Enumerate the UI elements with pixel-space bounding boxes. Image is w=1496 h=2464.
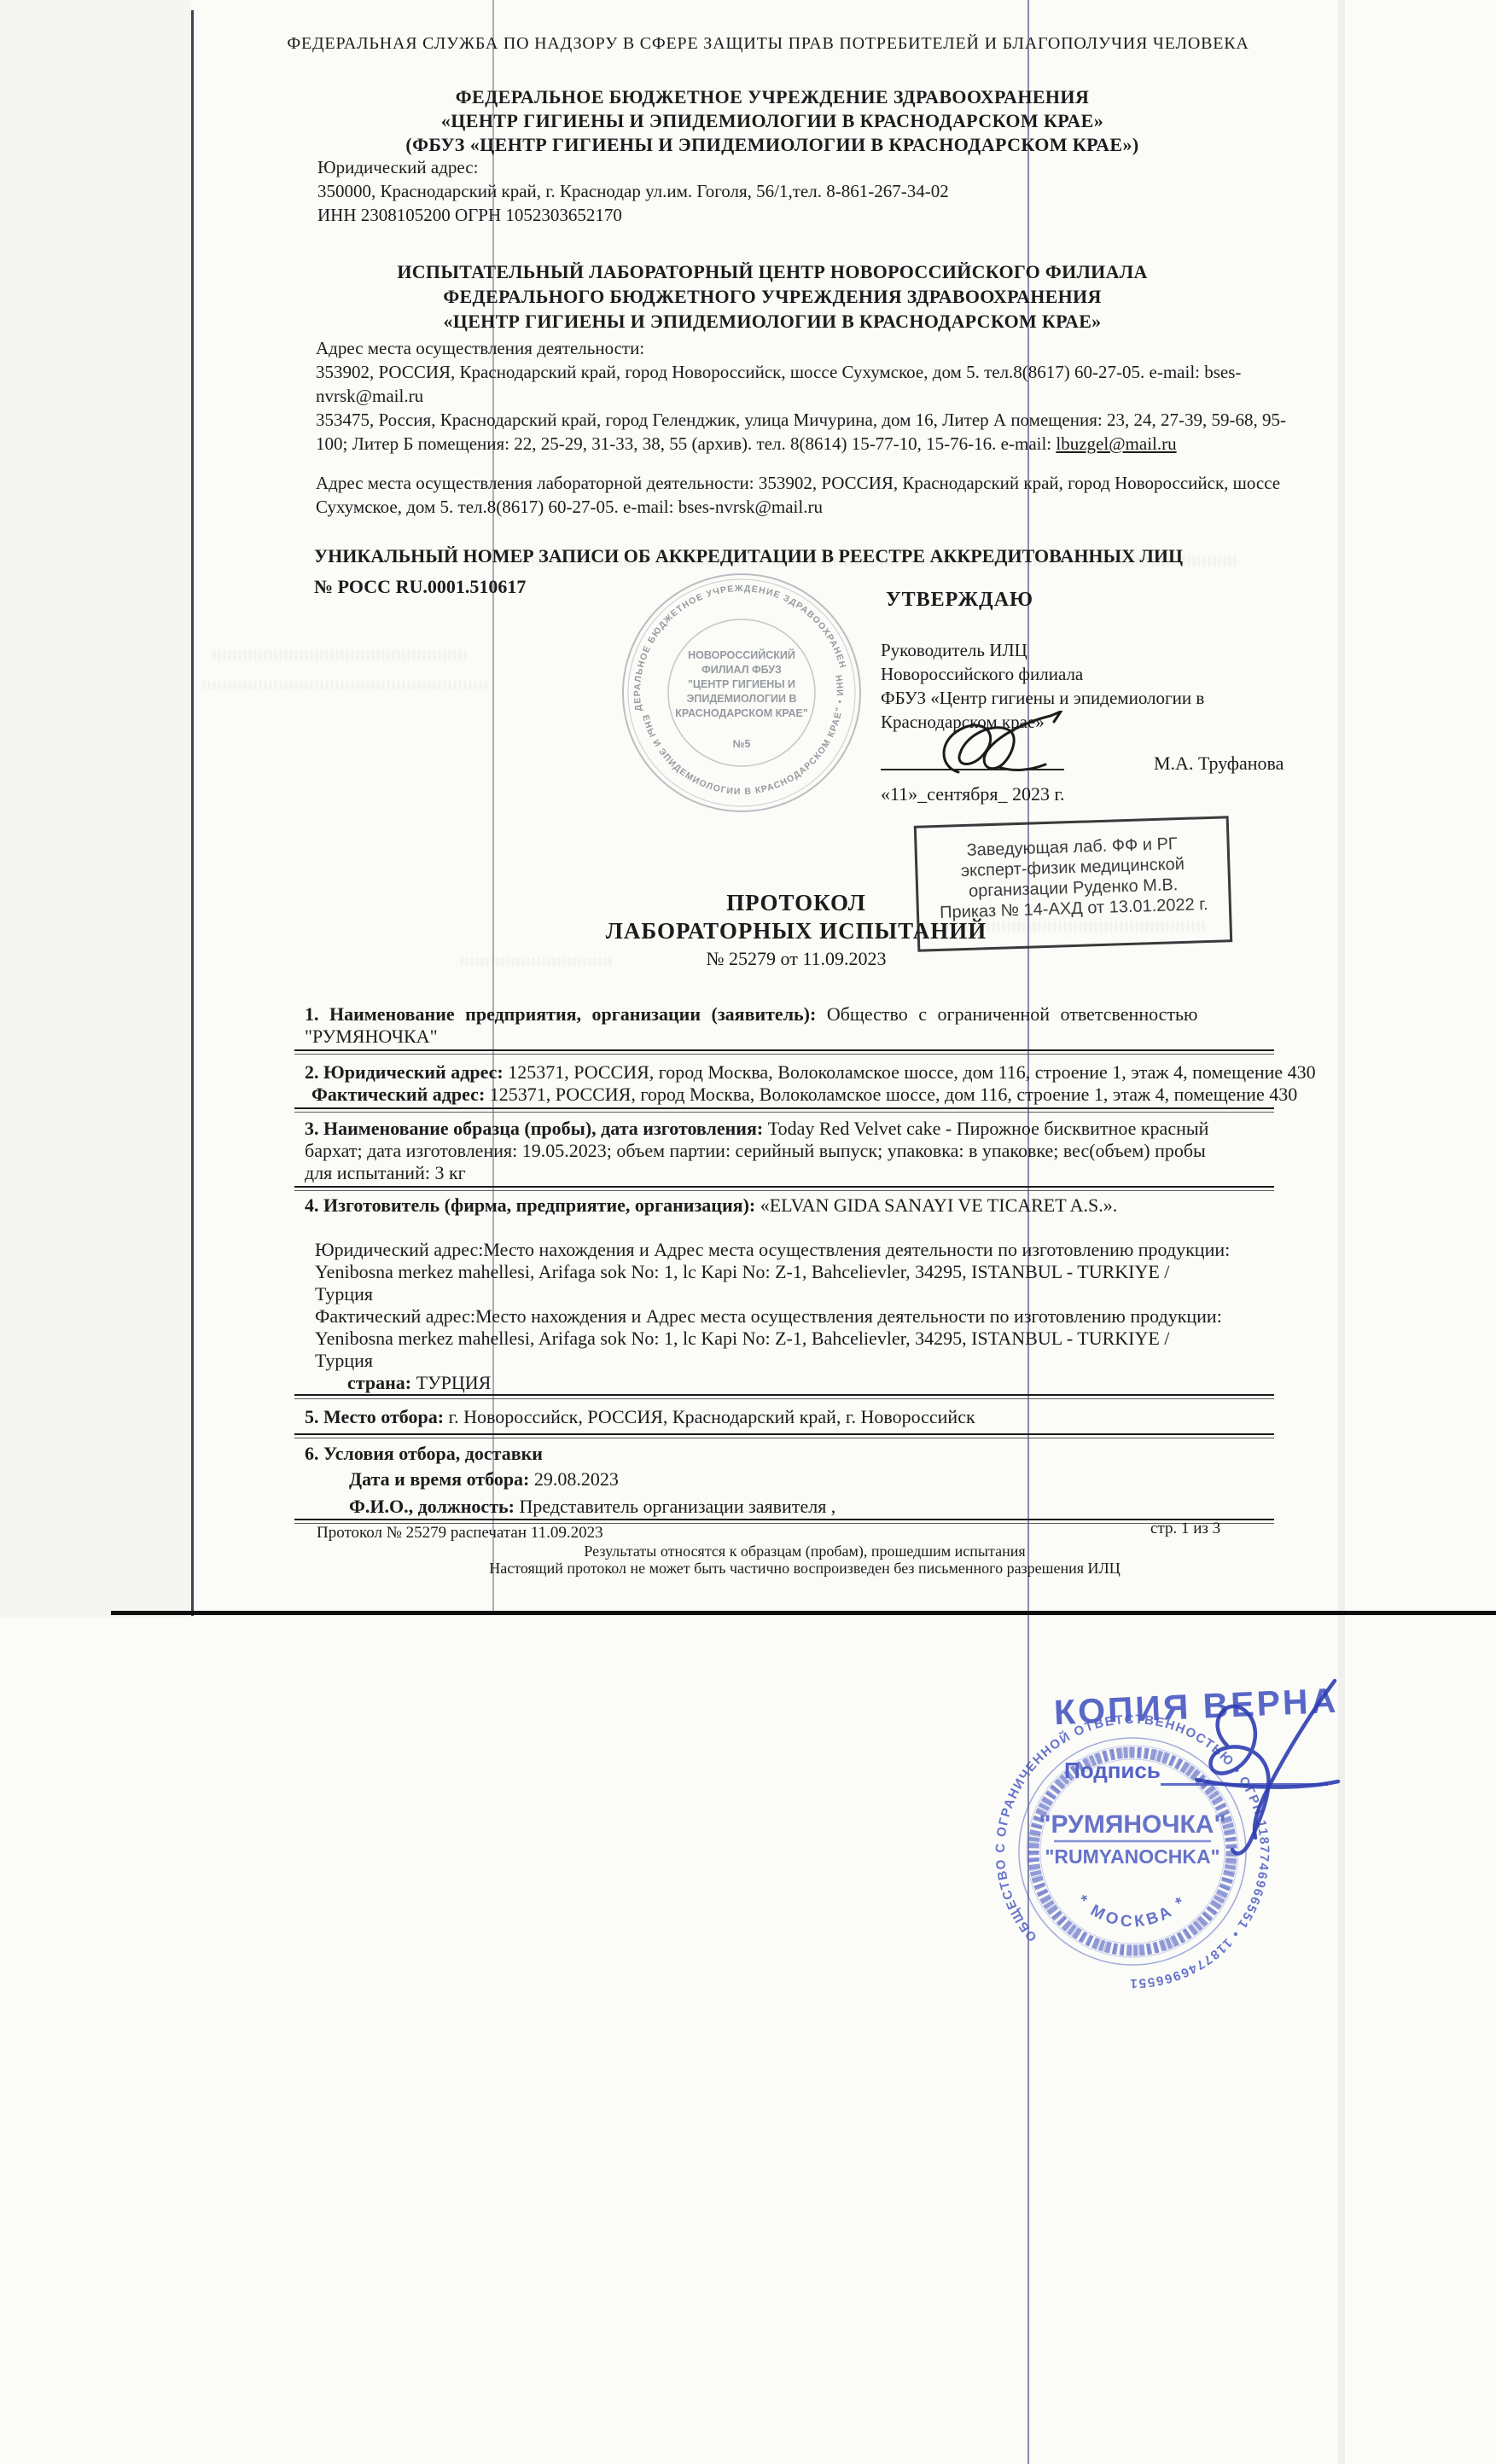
item-line: "РУМЯНОЧКА" [305, 1026, 1282, 1048]
item-value: Общество с ограниченной ответсвенностью [816, 1003, 1197, 1025]
item-value: бархат; дата изготовления: 19.05.2023; о… [305, 1140, 1206, 1161]
item-value: Представитель организации заявителя , [515, 1496, 835, 1517]
official-round-stamp: ФЕДЕРАЛЬНОЕ БЮДЖЕТНОЕ УЧРЕЖДЕНИЕ ЗДРАВОО… [619, 570, 866, 817]
item-value: «ELVAN GIDA SANAYI VE TICARET A.S.». [755, 1194, 1117, 1216]
legal-address: 350000, Краснодарский край, г. Краснодар… [317, 179, 949, 203]
protocol-number: № 25279 от 11.09.2023 [540, 948, 1052, 970]
item-value: Фактический адрес:Место нахождения и Адр… [315, 1305, 1222, 1327]
item-line: Yenibosna merkez mahellesi, Arifaga sok … [305, 1328, 1282, 1350]
org-name-line-2: «ЦЕНТР ГИГИЕНЫ И ЭПИДЕМИОЛОГИИ В КРАСНОД… [205, 109, 1340, 133]
activity-address-block: Адрес места осуществления деятельности: … [316, 336, 1286, 456]
item-line: Фактический адрес: 125371, РОССИЯ, город… [305, 1084, 1282, 1106]
item-label: 5. Место отбора: [305, 1406, 444, 1427]
page-number: стр. 1 из 3 [1150, 1520, 1220, 1538]
item-value: Турция [315, 1350, 373, 1371]
item-value: Today Red Velvet cake - Пирожное бисквит… [763, 1118, 1208, 1139]
accreditation-line-1: УНИКАЛЬНЫЙ НОМЕР ЗАПИСИ ОБ АККРЕДИТАЦИИ … [314, 541, 1183, 572]
stamp-number: №5 [733, 738, 751, 750]
lab-center-line-3: «ЦЕНТР ГИГИЕНЫ И ЭПИДЕМИОЛОГИИ В КРАСНОД… [205, 309, 1340, 334]
item-line: 5. Место отбора: г. Новороссийск, РОССИЯ… [305, 1406, 1282, 1428]
item-line: 6. Условия отбора, доставки [305, 1444, 1282, 1464]
item-line: страна: ТУРЦИЯ [305, 1372, 1282, 1394]
activity-address-line: nvrsk@mail.ru [316, 384, 1286, 408]
org-name-line-3: (ФБУЗ «ЦЕНТР ГИГИЕНЫ И ЭПИДЕМИОЛОГИИ В К… [205, 133, 1340, 157]
approval-line-1: Руководитель ИЛЦ [881, 638, 1204, 662]
item-label: 2. Юридический адрес: [305, 1061, 504, 1083]
lab-activity-address-block: Адрес места осуществления лабораторной д… [316, 471, 1280, 519]
item-line: 1. Наименование предприятия, организации… [305, 1003, 1282, 1026]
scan-smudge [203, 681, 489, 689]
item-value: ТУРЦИЯ [411, 1372, 491, 1393]
signature-line [881, 769, 1064, 770]
svg-text:* МОСКВА *: * МОСКВА * [1074, 1892, 1191, 1931]
item-line: 3. Наименование образца (пробы), дата из… [305, 1118, 1282, 1140]
stamp-center-line: ЭПИДЕМИОЛОГИИ В [687, 693, 797, 705]
approval-date: «11»_сентября_ 2023 г. [881, 783, 1065, 805]
activity-address-line: 353475, Россия, Краснодарский край, горо… [316, 408, 1286, 432]
activity-address-tail: 100; Литер Б помещения: 22, 25-29, 31-33… [316, 433, 1056, 454]
legal-address-block: Юридический адрес: 350000, Краснодарский… [317, 155, 949, 227]
item-value: 125371, РОССИЯ, город Москва, Волоколамс… [485, 1084, 1297, 1105]
item-4-manufacturer: 4. Изготовитель (фирма, предприятие, орг… [305, 1194, 1282, 1394]
item-3-sample: 3. Наименование образца (пробы), дата из… [305, 1118, 1282, 1184]
item-value: Yenibosna merkez mahellesi, Arifaga sok … [315, 1328, 1169, 1349]
item-value: 125371, РОССИЯ, город Москва, Волоколамс… [504, 1061, 1316, 1083]
item-label: 3. Наименование образца (пробы), дата из… [305, 1118, 763, 1139]
lab-center-line-2: ФЕДЕРАЛЬНОГО БЮДЖЕТНОГО УЧРЕЖДЕНИЯ ЗДРАВ… [205, 284, 1340, 309]
item-value: Yenibosna merkez mahellesi, Arifaga sok … [315, 1261, 1169, 1282]
applicant-signature [1171, 1671, 1354, 1871]
item-line: Ф.И.О., должность: Представитель организ… [305, 1496, 1282, 1517]
item-line: Yenibosna merkez mahellesi, Arifaga sok … [305, 1261, 1282, 1283]
item-2-addresses: 2. Юридический адрес: 125371, РОССИЯ, го… [305, 1061, 1282, 1106]
approval-title: УТВЕРЖДАЮ [886, 589, 1033, 612]
item-line: Дата и время отбора: 29.08.2023 [305, 1469, 1282, 1490]
item-label: страна: [347, 1372, 411, 1393]
activity-address-line: 100; Литер Б помещения: 22, 25-29, 31-33… [316, 432, 1286, 456]
item-line: 2. Юридический адрес: 125371, РОССИЯ, го… [305, 1061, 1282, 1084]
item-label: Фактический адрес: [311, 1084, 485, 1105]
item-value: г. Новороссийск, РОССИЯ, Краснодарский к… [444, 1406, 975, 1427]
scan-smudge [213, 650, 469, 660]
item-value: Юридический адрес:Место нахождения и Адр… [315, 1239, 1230, 1260]
item-1-company: 1. Наименование предприятия, организации… [305, 1003, 1282, 1048]
item-label: 1. Наименование предприятия, организации… [305, 1003, 816, 1025]
item-line: Турция [305, 1350, 1282, 1372]
stamp-center-line: КРАСНОДАРСКОМ КРАЕ" [675, 707, 808, 719]
protocol-title-line-2: ЛАБОРАТОРНЫХ ИСПЫТАНИЙ [540, 917, 1052, 945]
activity-address-line: 353902, РОССИЯ, Краснодарский край, горо… [316, 360, 1286, 384]
email-link: lbuzgel@mail.ru [1056, 433, 1176, 454]
item-value: "РУМЯНОЧКА" [305, 1026, 438, 1047]
footer-note-1: Результаты относятся к образцам (пробам)… [293, 1543, 1317, 1560]
item-line: Турция [305, 1283, 1282, 1305]
item-line: Юридический адрес:Место нахождения и Адр… [305, 1239, 1282, 1261]
item-label: 6. Условия отбора, доставки [305, 1443, 543, 1464]
bottom-rule [111, 1611, 1496, 1615]
item-6-sampling-conditions: 6. Условия отбора, доставки Дата и время… [305, 1444, 1282, 1517]
protocol-title-line-1: ПРОТОКОЛ [540, 889, 1052, 917]
lab-activity-address-line-2: Сухумское, дом 5. тел.8(8617) 60-27-05. … [316, 495, 1280, 519]
item-line: 4. Изготовитель (фирма, предприятие, орг… [305, 1194, 1282, 1217]
approval-line-3: ФБУЗ «Центр гигиены и эпидемиологии в [881, 686, 1204, 710]
scan-fold-line-3 [1338, 0, 1345, 2464]
item-value: для испытаний: 3 кг [305, 1162, 466, 1183]
approver-name: М.А. Труфанова [1154, 753, 1284, 775]
legal-address-label: Юридический адрес: [317, 155, 949, 179]
stamp-center-line: НОВОРОССИЙСКИЙ [688, 648, 795, 661]
agency-title: ФЕДЕРАЛЬНАЯ СЛУЖБА ПО НАДЗОРУ В СФЕРЕ ЗА… [205, 34, 1331, 54]
item-label: 4. Изготовитель (фирма, предприятие, орг… [305, 1194, 755, 1216]
seal-city: * МОСКВА * [1074, 1892, 1191, 1931]
footer-protocol-info: Протокол № 25279 распечатан 11.09.2023 [317, 1524, 603, 1543]
org-name-line-1: ФЕДЕРАЛЬНОЕ БЮДЖЕТНОЕ УЧРЕЖДЕНИЕ ЗДРАВОО… [205, 85, 1340, 109]
lab-center-header: ИСПЫТАТЕЛЬНЫЙ ЛАБОРАТОРНЫЙ ЦЕНТР НОВОРОС… [205, 259, 1340, 334]
separator [294, 1433, 1274, 1438]
item-label: Дата и время отбора: [349, 1468, 529, 1490]
separator [294, 1049, 1274, 1055]
page-edge-line [191, 10, 194, 1616]
blank-line [305, 1217, 1282, 1239]
item-value: Турция [315, 1283, 373, 1305]
lab-center-line-1: ИСПЫТАТЕЛЬНЫЙ ЛАБОРАТОРНЫЙ ЦЕНТР НОВОРОС… [205, 259, 1340, 284]
item-line: для испытаний: 3 кг [305, 1162, 1282, 1184]
separator [294, 1186, 1274, 1191]
item-5-sampling-place: 5. Место отбора: г. Новороссийск, РОССИЯ… [305, 1406, 1282, 1428]
separator [294, 1394, 1274, 1399]
org-header: ФЕДЕРАЛЬНОЕ БЮДЖЕТНОЕ УЧРЕЖДЕНИЕ ЗДРАВОО… [205, 85, 1340, 157]
footer-note-2: Настоящий протокол не может быть частичн… [293, 1560, 1317, 1578]
stamp-center-line: ФИЛИАЛ ФБУЗ [701, 664, 782, 676]
approver-signature [926, 711, 1075, 783]
item-label: Ф.И.О., должность: [349, 1496, 515, 1517]
approval-line-2: Новороссийского филиала [881, 662, 1204, 686]
protocol-title-block: ПРОТОКОЛ ЛАБОРАТОРНЫХ ИСПЫТАНИЙ № 25279 … [540, 889, 1052, 970]
scanned-document-page: ФЕДЕРАЛЬНАЯ СЛУЖБА ПО НАДЗОРУ В СФЕРЕ ЗА… [0, 0, 1496, 2464]
stamp-center-line: "ЦЕНТР ГИГИЕНЫ И [688, 678, 795, 690]
scan-left-margin [0, 0, 191, 1617]
activity-address-label: Адрес места осуществления деятельности: [316, 336, 1286, 360]
lab-activity-address-line-1: Адрес места осуществления лабораторной д… [316, 471, 1280, 495]
item-line: бархат; дата изготовления: 19.05.2023; о… [305, 1140, 1282, 1162]
separator [294, 1107, 1274, 1113]
inn-ogrn: ИНН 2308105200 ОГРН 1052303652170 [317, 203, 949, 227]
item-value: 29.08.2023 [529, 1468, 619, 1490]
item-line: Фактический адрес:Место нахождения и Адр… [305, 1305, 1282, 1328]
